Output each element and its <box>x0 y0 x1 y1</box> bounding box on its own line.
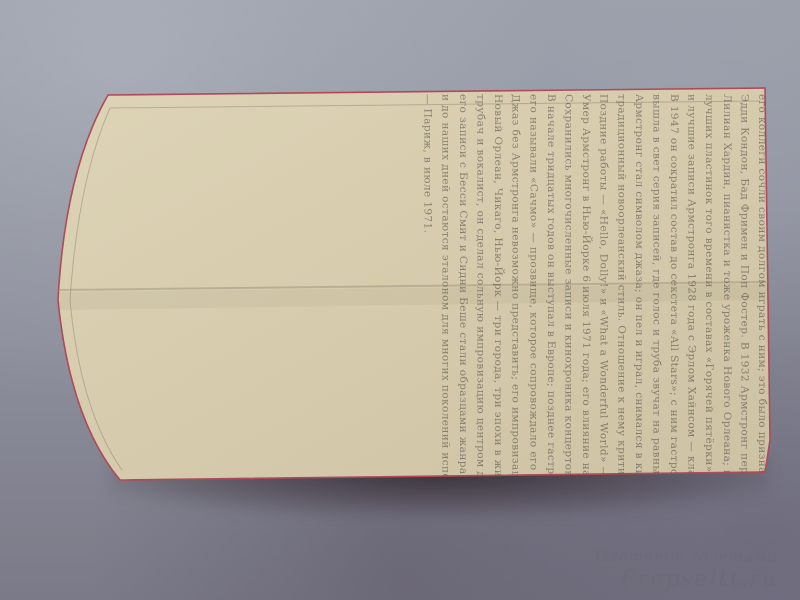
watermark-title: Плетение газетами <box>594 547 778 565</box>
watermark-site: Frepseltt.ru <box>594 567 778 592</box>
watermark: Плетение газетами Frepseltt.ru <box>594 547 778 592</box>
newspaper-sheet <box>0 0 800 600</box>
